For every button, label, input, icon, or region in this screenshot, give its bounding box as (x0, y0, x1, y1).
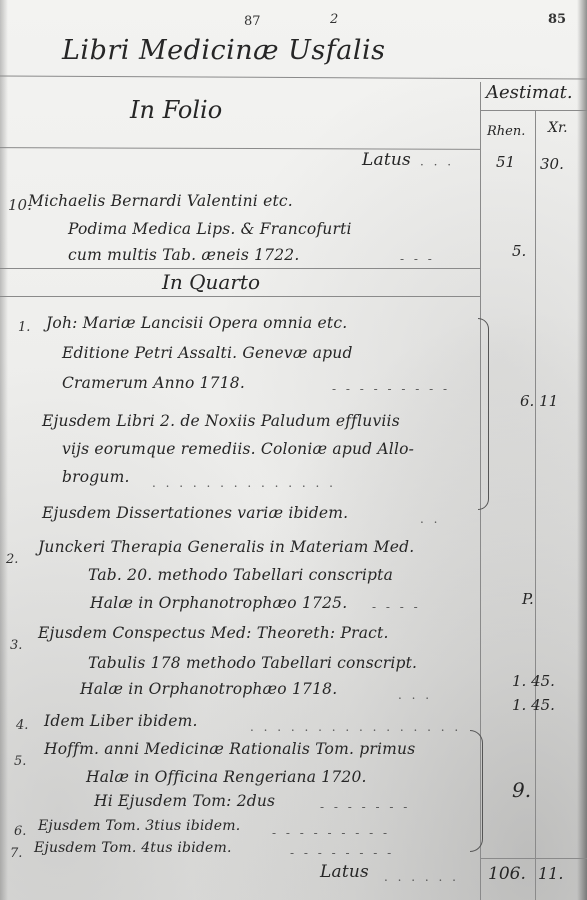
entry-line: Halæ in Orphanotrophæo 1725. (90, 594, 347, 612)
entry-number: 5. (14, 754, 26, 769)
total-kreuzer: 11. (538, 864, 563, 883)
entry-line: Halæ in Orphanotrophæo 1718. (80, 680, 337, 698)
entry-number: 7. (10, 846, 22, 861)
entry-line: Joh: Mariæ Lancisii Opera omnia etc. (46, 314, 347, 332)
page-edge-left (0, 0, 8, 900)
entry-line: Cramerum Anno 1718. (62, 374, 245, 392)
leader-dots: . . . . . . (384, 870, 459, 884)
entry-number: 3. (10, 638, 22, 653)
manuscript-page: 87 2 85 Libri Medicinæ Usfalis Aestimat.… (0, 0, 587, 900)
leader-dots: - - - - - - - - - (272, 826, 390, 840)
rule-under-quarto (0, 296, 480, 297)
column-header-xr: Xr. (548, 120, 568, 136)
entry-line: cum multis Tab. æneis 1722. (68, 246, 299, 264)
carried-latus-label: Latus (362, 150, 411, 170)
entry-line: Tab. 20. methodo Tabellari conscripta (88, 566, 393, 584)
rule-under-header (480, 110, 587, 111)
total-latus-label: Latus (320, 862, 369, 882)
grouping-bracket (470, 730, 483, 852)
leader-dots: - - - (400, 252, 435, 266)
entry-line: Podima Medica Lips. & Francofurti (68, 220, 352, 238)
total-florins: 106. (488, 864, 526, 884)
section-heading-in-folio: In Folio (130, 96, 222, 124)
leader-dots: · · · (420, 158, 454, 172)
leader-dots: . . . . . . . . . . . . . . . . (250, 720, 461, 734)
entry-line: Ejusdem Conspectus Med: Theoreth: Pract. (38, 624, 389, 642)
leader-dots: . . . . . . . . . . . . . . (152, 476, 336, 490)
section-heading-in-quarto: In Quarto (162, 270, 260, 294)
entry-number: 1. (18, 320, 30, 335)
carried-florins: 51 (496, 153, 515, 171)
entry-number: 6. (14, 824, 26, 839)
entry-line: Junckeri Therapia Generalis in Materiam … (38, 538, 414, 556)
rule-above-quarto (0, 268, 480, 269)
rule-above-total (480, 858, 587, 859)
entry-number: 4. (16, 718, 28, 733)
column-header-rhen: Rhen. (487, 124, 525, 139)
entry-line: Ejusdem Dissertationes variæ ibidem. (42, 504, 348, 522)
entry-line: Ejusdem Libri 2. de Noxiis Paludum efflu… (42, 412, 400, 430)
entry-line: Ejusdem Tom. 4tus ibidem. (34, 840, 232, 856)
entry-number: 2. (6, 552, 18, 567)
entry-line: Hi Ejusdem Tom: 2dus (94, 792, 275, 810)
column-header-aestimat: Aestimat. (486, 82, 573, 103)
leader-dots: - - - - - - - (320, 800, 410, 814)
entry-kreuzer: 1. 45. (512, 672, 555, 690)
carried-kreuzer: 30. (540, 155, 564, 173)
leader-dots: - - - - - - - - (290, 846, 394, 860)
entry-line: brogum. (62, 468, 130, 486)
entry-line: Michaelis Bernardi Valentini etc. (28, 192, 293, 210)
column-rule-middle (535, 110, 536, 900)
entry-line: Editione Petri Assalti. Genevæ apud (62, 344, 353, 362)
entry-kreuzer: 1. 45. (512, 696, 555, 714)
rule-under-title (0, 75, 587, 79)
entry-line: Hoffm. anni Medicinæ Rationalis Tom. pri… (44, 740, 415, 758)
leader-dots: - - - - (372, 600, 421, 614)
folio-number-center: 87 (244, 14, 261, 29)
entry-line: vijs eorumque remediis. Coloniæ apud All… (62, 440, 414, 458)
entry-kreuzer: P. (522, 590, 534, 608)
entry-line: Halæ in Officina Rengeriana 1720. (86, 768, 367, 786)
folio-mark: 2 (330, 12, 338, 27)
page-edge-right (577, 0, 587, 900)
entry-line: Idem Liber ibidem. (44, 712, 198, 730)
entry-kreuzer: 5. (512, 242, 526, 260)
entry-line: Ejusdem Tom. 3tius ibidem. (38, 818, 240, 834)
grouping-bracket (478, 318, 489, 510)
entry-kreuzer: 6. 11 (520, 392, 558, 410)
leader-dots: . . . (398, 688, 432, 702)
leader-dots: - - - - - - - - - (332, 382, 450, 396)
page-title: Libri Medicinæ Usfalis (62, 35, 385, 66)
folio-number-right: 85 (548, 12, 566, 27)
entry-line: Tabulis 178 methodo Tabellari conscript. (88, 654, 417, 672)
leader-dots: . . (420, 512, 440, 526)
entry-kreuzer: 9. (512, 778, 531, 802)
